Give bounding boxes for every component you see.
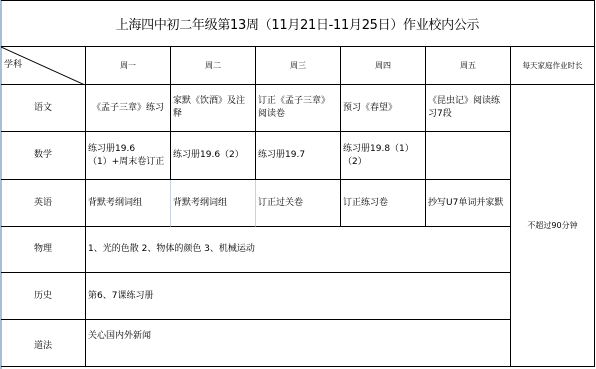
header-day-fri: 周五 <box>426 47 511 85</box>
english-wed: 订正过关卷 <box>256 180 341 227</box>
homework-table: 上海四中初二年级第13周（11月21日-11月25日）作业校内公示 学科 周一 … <box>1 0 595 368</box>
header-day-thu: 周四 <box>341 47 426 85</box>
chinese-wed: 订正《孟子三章》阅读卷 <box>256 85 341 132</box>
morality-law-week: 关心国内外新闻 <box>86 320 511 367</box>
header-day-mon: 周一 <box>86 47 171 85</box>
chinese-tue: 家默《饮酒》及注释 <box>171 85 256 132</box>
corner-header-cell: 学科 <box>1 47 86 85</box>
english-tue: 背默考纲词组 <box>171 180 256 227</box>
header-day-tue: 周二 <box>171 47 256 85</box>
math-wed: 练习册19.7 <box>256 132 341 180</box>
math-fri <box>426 132 511 180</box>
chinese-fri: 《昆虫记》阅读练习7段 <box>426 85 511 132</box>
english-mon: 背默考纲词组 <box>86 180 171 227</box>
english-fri: 抄写U7单词并家默 <box>426 180 511 227</box>
math-tue: 练习册19.6（2） <box>171 132 256 180</box>
history-week: 第6、7课练习册 <box>86 273 511 320</box>
subject-morality-law: 道法 <box>1 320 86 367</box>
math-thu: 练习册19.8（1）（2） <box>341 132 426 180</box>
subject-history: 历史 <box>1 273 86 320</box>
subject-physics: 物理 <box>1 227 86 273</box>
header-day-wed: 周三 <box>256 47 341 85</box>
chinese-thu: 预习《春望》 <box>341 85 426 132</box>
subject-corner-label: 学科 <box>4 59 22 72</box>
chinese-mon: 《孟子三章》练习 <box>86 85 171 132</box>
header-duration: 每天家庭作业时长 <box>511 47 595 85</box>
page-title: 上海四中初二年级第13周（11月21日-11月25日）作业校内公示 <box>1 0 595 47</box>
english-thu: 订正练习卷 <box>341 180 426 227</box>
physics-week: 1、光的色散 2、物体的颜色 3、机械运动 <box>86 227 511 273</box>
subject-math: 数学 <box>1 132 86 180</box>
math-mon: 练习册19.6（1）+周末卷订正 <box>86 132 171 180</box>
subject-chinese: 语文 <box>1 85 86 132</box>
duration-value: 不超过90分钟 <box>511 85 595 367</box>
subject-english: 英语 <box>1 180 86 227</box>
